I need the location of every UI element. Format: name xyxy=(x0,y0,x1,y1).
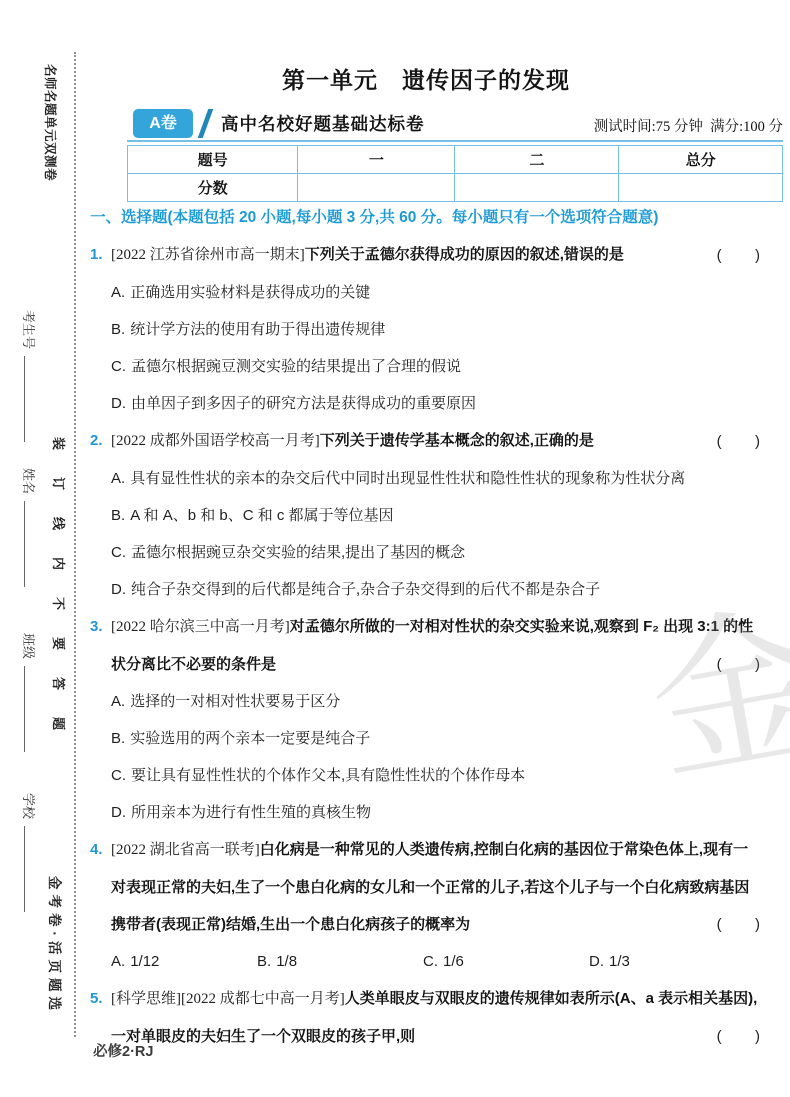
brand-label: 金考卷·活页题选 xyxy=(46,876,66,1015)
fill-in-line xyxy=(24,356,25,442)
score-table: 题号 一 二 总分 分数 xyxy=(127,145,783,202)
option-b: B.A 和 A、b 和 b、C 和 c 都属于等位基因 xyxy=(111,497,762,534)
option-text: 具有显性性状的亲本的杂交后代中同时出现显性性状和隐性性状的现象称为性状分离 xyxy=(130,470,685,487)
fill-in-line xyxy=(24,501,25,587)
option-label: A. xyxy=(111,470,125,487)
option-label: A. xyxy=(111,693,125,710)
score-row-label: 分数 xyxy=(128,174,298,202)
option-text: 正确选用实验材料是获得成功的关键 xyxy=(130,284,370,301)
question-2: 2. [2022 成都外国语学校高一月考]下列关于遗传学基本概念的叙述,正确的是… xyxy=(90,422,762,608)
option-text: 纯合子杂交得到的后代都是纯合子,杂合子杂交得到的后代不都是杂合子 xyxy=(131,581,600,598)
field-label: 班级 xyxy=(21,633,36,659)
option-label: A. xyxy=(111,953,125,970)
option-d: D.1/3 xyxy=(589,943,762,980)
option-a: A.1/12 xyxy=(111,943,257,980)
option-label: C. xyxy=(111,544,126,561)
score-col-total: 总分 xyxy=(619,146,783,174)
score-cell-total xyxy=(619,174,783,202)
field-name: 姓名 xyxy=(20,468,39,587)
question-source: [2022 哈尔滨三中高一月考] xyxy=(111,619,290,635)
option-label: D. xyxy=(111,581,126,598)
question-5: 5. [科学思维][2022 成都七中高一月考]人类单眼皮与双眼皮的遗传规律如表… xyxy=(90,980,762,1055)
answer-bracket: ( ) xyxy=(717,646,760,683)
question-number: 2. xyxy=(90,422,103,459)
question-number: 5. xyxy=(90,980,103,1017)
option-c: C.孟德尔根据豌豆杂交实验的结果,提出了基因的概念 xyxy=(111,534,762,571)
option-label: B. xyxy=(111,507,125,524)
field-class: 班级 xyxy=(20,633,39,752)
option-d: D.纯合子杂交得到的后代都是纯合子,杂合子杂交得到的后代不都是杂合子 xyxy=(111,571,762,608)
option-a: A.选择的一对相对性状要易于区分 xyxy=(111,683,762,720)
binding-dotted-line xyxy=(74,52,76,1037)
paper-a-badge: A卷 xyxy=(133,109,193,138)
score-col-one: 一 xyxy=(298,146,455,174)
option-d: D.由单因子到多因子的研究方法是获得成功的重要原因 xyxy=(111,385,762,422)
option-d: D.所用亲本为进行有性生殖的真核生物 xyxy=(111,794,762,831)
question-stem: [科学思维][2022 成都七中高一月考]人类单眼皮与双眼皮的遗传规律如表所示(… xyxy=(111,980,762,1055)
option-label: C. xyxy=(111,767,126,784)
option-text: 孟德尔根据豌豆杂交实验的结果,提出了基因的概念 xyxy=(131,544,465,561)
options-row: A.1/12 B.1/8 C.1/6 D.1/3 xyxy=(111,943,762,980)
time-score-meta: 测试时间:75 分钟 满分:100 分 xyxy=(594,115,783,136)
field-label: 学校 xyxy=(21,793,36,819)
option-b: B.实验选用的两个亲本一定要是纯合子 xyxy=(111,720,762,757)
field-label: 考生号 xyxy=(21,310,36,349)
stem-text: 下列关于孟德尔获得成功的原因的叙述,错误的是 xyxy=(305,246,624,263)
question-source: [2022 湖北省高一联考] xyxy=(111,842,260,858)
option-label: A. xyxy=(111,284,125,301)
question-source: [科学思维][2022 成都七中高一月考] xyxy=(111,991,345,1007)
score-col-label: 题号 xyxy=(128,146,298,174)
header-rule xyxy=(127,140,783,142)
option-c: C.1/6 xyxy=(423,943,589,980)
option-label: D. xyxy=(111,395,126,412)
option-label: D. xyxy=(111,804,126,821)
option-a: A.具有显性性状的亲本的杂交后代中同时出现显性性状和隐性性状的现象称为性状分离 xyxy=(111,460,762,497)
option-text: 1/3 xyxy=(609,953,630,970)
score-table-header-row: 题号 一 二 总分 xyxy=(128,146,783,174)
question-stem: [2022 成都外国语学校高一月考]下列关于遗传学基本概念的叙述,正确的是( ) xyxy=(111,422,762,460)
option-text: 实验选用的两个亲本一定要是纯合子 xyxy=(130,730,370,747)
question-number: 3. xyxy=(90,608,103,645)
score-table-score-row: 分数 xyxy=(128,174,783,202)
option-c: C.孟德尔根据豌豆测交实验的结果提出了合理的假说 xyxy=(111,348,762,385)
option-label: D. xyxy=(589,953,604,970)
question-area: 一、选择题(本题包括 20 小题,每小题 3 分,共 60 分。每小题只有一个选… xyxy=(90,199,762,1055)
answer-bracket: ( ) xyxy=(717,237,760,274)
question-1: 1. [2022 江苏省徐州市高一期末]下列关于孟德尔获得成功的原因的叙述,错误… xyxy=(90,236,762,422)
option-text: 统计学方法的使用有助于得出遗传规律 xyxy=(130,321,385,338)
option-text: 选择的一对相对性状要易于区分 xyxy=(130,693,340,710)
option-label: B. xyxy=(111,321,125,338)
paper-subtitle: 高中名校好题基础达标卷 xyxy=(221,111,425,136)
binding-note: 装订线内不要答题 xyxy=(50,437,69,757)
option-text: 孟德尔根据豌豆测交实验的结果提出了合理的假说 xyxy=(131,358,461,375)
option-a: A.正确选用实验材料是获得成功的关键 xyxy=(111,274,762,311)
fill-in-line xyxy=(24,666,25,752)
option-text: 要让具有显性性状的个体作父本,具有隐性性状的个体作母本 xyxy=(131,767,525,784)
option-text: 由单因子到多因子的研究方法是获得成功的重要原因 xyxy=(131,395,476,412)
page-title: 第一单元 遗传因子的发现 xyxy=(90,62,762,95)
option-b: B.统计学方法的使用有助于得出遗传规律 xyxy=(111,311,762,348)
stem-text: 下列关于遗传学基本概念的叙述,正确的是 xyxy=(320,432,594,449)
question-number: 4. xyxy=(90,831,103,868)
question-number: 1. xyxy=(90,236,103,273)
fill-in-line xyxy=(24,826,25,912)
option-text: A 和 A、b 和 b、C 和 c 都属于等位基因 xyxy=(130,507,393,524)
score-cell-two xyxy=(455,174,619,202)
badge-slash-icon xyxy=(198,109,214,138)
question-stem: [2022 湖北省高一联考]白化病是一种常见的人类遗传病,控制白化病的基因位于常… xyxy=(111,831,762,943)
option-text: 1/12 xyxy=(130,953,159,970)
question-stem: [2022 哈尔滨三中高一月考]对孟德尔所做的一对相对性状的杂交实验来说,观察到… xyxy=(111,608,762,683)
score-col-two: 二 xyxy=(455,146,619,174)
series-label: 名师名题单元双测卷 xyxy=(42,64,60,181)
worksheet-page: 名师名题单元双测卷 考生号 姓名 班级 学校 装订线内不要答题 金考卷·活页题选… xyxy=(0,0,790,1097)
answer-bracket: ( ) xyxy=(717,906,760,943)
option-text: 1/6 xyxy=(443,953,464,970)
option-text: 所用亲本为进行有性生殖的真核生物 xyxy=(131,804,371,821)
field-exam-number: 考生号 xyxy=(20,310,39,442)
answer-bracket: ( ) xyxy=(717,1018,760,1055)
question-source: [2022 江苏省徐州市高一期末] xyxy=(111,247,305,263)
field-label: 姓名 xyxy=(21,468,36,494)
score-cell-one xyxy=(298,174,455,202)
option-label: B. xyxy=(257,953,271,970)
option-label: C. xyxy=(111,358,126,375)
book-footer: 必修2·RJ xyxy=(93,1040,153,1061)
question-stem: [2022 江苏省徐州市高一期末]下列关于孟德尔获得成功的原因的叙述,错误的是(… xyxy=(111,236,762,274)
option-b: B.1/8 xyxy=(257,943,423,980)
section-heading: 一、选择题(本题包括 20 小题,每小题 3 分,共 60 分。每小题只有一个选… xyxy=(90,199,762,236)
option-text: 1/8 xyxy=(276,953,297,970)
option-c: C.要让具有显性性状的个体作父本,具有隐性性状的个体作母本 xyxy=(111,757,762,794)
option-label: B. xyxy=(111,730,125,747)
answer-bracket: ( ) xyxy=(717,423,760,460)
question-4: 4. [2022 湖北省高一联考]白化病是一种常见的人类遗传病,控制白化病的基因… xyxy=(90,831,762,980)
question-3: 3. [2022 哈尔滨三中高一月考]对孟德尔所做的一对相对性状的杂交实验来说,… xyxy=(90,608,762,831)
paper-header-band: A卷 高中名校好题基础达标卷 测试时间:75 分钟 满分:100 分 xyxy=(127,109,783,140)
option-label: C. xyxy=(423,953,438,970)
question-source: [2022 成都外国语学校高一月考] xyxy=(111,433,320,449)
field-school: 学校 xyxy=(20,793,39,912)
